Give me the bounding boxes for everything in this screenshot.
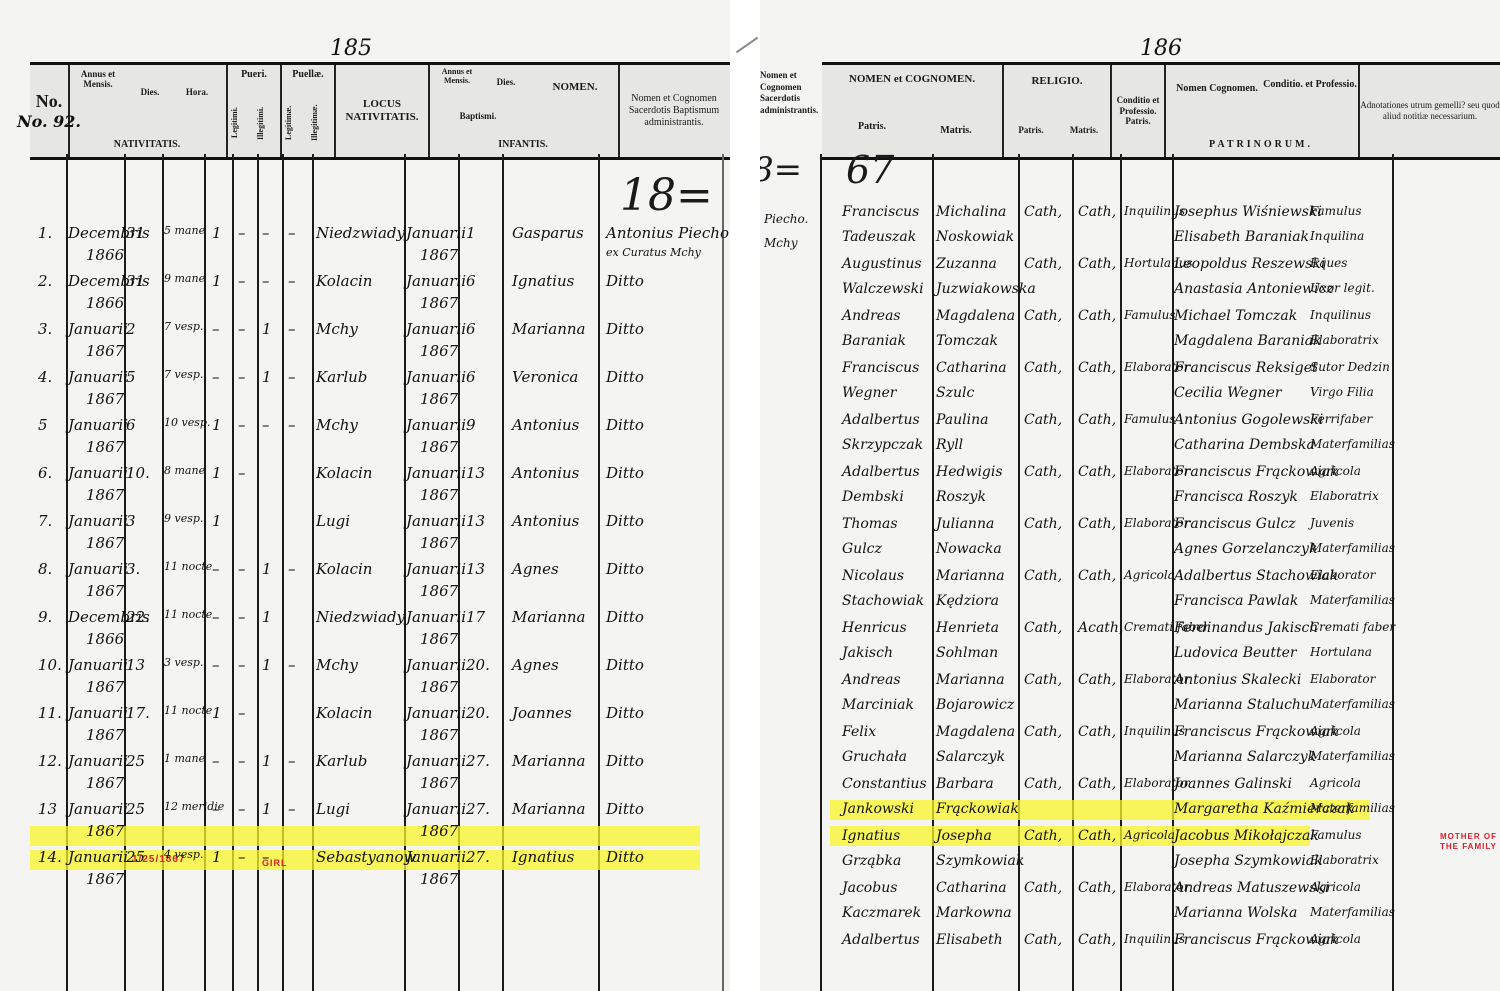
register-row: 11.Januarii17.11 nocte1–KolacinJanuarii2… <box>0 702 730 746</box>
cell-priest: Ditto <box>606 320 644 338</box>
cell-bday: 6 <box>466 272 476 290</box>
year-marker-left: 8= <box>760 150 802 190</box>
cell-gi: – <box>288 272 296 290</box>
cell-god2-cond: Materfamilias <box>1310 749 1395 763</box>
cell-god2-cond: Elaboratrix <box>1310 333 1379 347</box>
cell-month: Januarii <box>68 848 128 866</box>
cell-bday: 27. <box>466 752 490 770</box>
cell-day: 25 <box>126 848 145 866</box>
cell-pl: – <box>212 608 220 626</box>
cell-pl: – <box>212 368 220 386</box>
cell-god2: Magdalena Baraniak <box>1174 333 1322 349</box>
parents-row: FranciscusMichalinaCath,Cath,InquilinusJ… <box>760 204 1500 254</box>
cell-locus: Kolacin <box>316 704 372 722</box>
cell-rel-f: Cath, <box>1024 672 1062 688</box>
cell-bmonth: Januarii <box>406 848 466 866</box>
cell-mother-surname: Juzwiakowska <box>936 281 1036 297</box>
cell-priest: Antonius Piecho <box>606 224 729 242</box>
year-marker: 18= <box>620 170 713 221</box>
left-header-row: No. No. 92. NATIVITATIS. Annus et Mensis… <box>30 62 730 160</box>
cell-bmonth: Januarii <box>406 752 466 770</box>
cell-bmonth: Januarii <box>406 656 466 674</box>
cell-father: Adalbertus <box>842 412 920 428</box>
cell-hour: 9 vesp. <box>164 512 203 525</box>
cell-god1-cond: Agricola <box>1310 464 1361 478</box>
cell-no: 11. <box>38 704 62 722</box>
cell-pi: – <box>238 656 246 674</box>
cell-day: 10. <box>126 464 150 482</box>
cell-locus: Lugi <box>316 512 350 530</box>
cell-mother-surname: Szymkowiak <box>936 853 1024 869</box>
cell-bmonth: Januarii <box>406 464 466 482</box>
page-number: 185 <box>330 36 372 61</box>
cell-year: 1867 <box>86 582 124 600</box>
cell-pi: – <box>238 464 246 482</box>
cell-no: 2. <box>38 272 52 290</box>
register-row: 6.Januarii10.8 mane1–KolacinJanuarii13An… <box>0 462 730 506</box>
cell-priest: Ditto <box>606 368 644 386</box>
header-puellae-illegitimae: Illegitimæ. <box>310 93 334 153</box>
cell-god2-cond: Inquilina <box>1310 229 1364 243</box>
cell-gl: 1 <box>262 560 272 578</box>
parents-row: ThomasJuliannaCath,Cath,ElaboratorFranci… <box>760 516 1500 566</box>
cell-father-surname: Jankowski <box>842 801 914 817</box>
parents-row: NicolausMariannaCath,Cath,AgricolaAdalbe… <box>760 568 1500 618</box>
cell-father-surname: Kaczmarek <box>842 905 921 921</box>
cell-rel-f: Cath, <box>1024 516 1062 532</box>
cell-mother: Zuzanna <box>936 256 997 272</box>
cell-name: Marianna <box>512 320 585 338</box>
cell-gl: – <box>262 416 270 434</box>
cell-mother: Magdalena <box>936 724 1015 740</box>
cell-month: Januarii <box>68 656 128 674</box>
cell-father: Adalbertus <box>842 932 920 948</box>
cell-bday: 9 <box>466 416 476 434</box>
cell-bmonth: Januarii <box>406 560 466 578</box>
cell-priest: Ditto <box>606 608 644 626</box>
cell-god1: Andreas Matuszewski <box>1174 880 1329 896</box>
cell-day: 3 <box>126 512 136 530</box>
cell-bmonth: Januarii <box>406 416 466 434</box>
left-register-page: 185 No. No. 92. NATIVITATIS. Annus et Me… <box>0 0 730 991</box>
cell-day: 25 <box>126 752 145 770</box>
cell-byear: 1867 <box>420 678 458 696</box>
cell-priest: Ditto <box>606 704 644 722</box>
cell-byear: 1867 <box>420 390 458 408</box>
cell-no: 7. <box>38 512 52 530</box>
cell-god1-cond: Elaborator <box>1310 568 1375 582</box>
cell-mother: Marianna <box>936 568 1005 584</box>
cell-byear: 1867 <box>420 870 458 888</box>
cell-god1-cond: Agricola <box>1310 932 1361 946</box>
cell-year: 1867 <box>86 486 124 504</box>
cell-name: Ignatius <box>512 848 574 866</box>
cell-name: Marianna <box>512 608 585 626</box>
cell-locus: Kolacin <box>316 272 372 290</box>
right-register-page: 186 Nomen et Cognomen Sacerdotis adminis… <box>760 0 1500 991</box>
cell-rel-f: Cath, <box>1024 828 1062 844</box>
cell-mother-surname: Kędziora <box>936 593 999 609</box>
cell-gl: – <box>262 848 270 866</box>
cell-god2: Marianna Salarczyk <box>1174 749 1316 765</box>
cell-year: 1867 <box>86 726 124 744</box>
cell-god2: Cecilia Wegner <box>1174 385 1282 401</box>
cell-father-surname: Stachowiak <box>842 593 924 609</box>
cell-pi: – <box>238 848 246 866</box>
cell-mother-surname: Markowna <box>936 905 1012 921</box>
cell-father-surname: Baraniak <box>842 333 906 349</box>
cell-pi: – <box>238 608 246 626</box>
cell-god2: Ludovica Beutter <box>1174 645 1297 661</box>
cell-rel-f: Cath, <box>1024 568 1062 584</box>
cell-gi: – <box>288 224 296 242</box>
cell-byear: 1867 <box>420 246 458 264</box>
cell-priest: Ditto <box>606 464 644 482</box>
cell-pl: 1 <box>212 464 222 482</box>
cell-pl: – <box>212 320 220 338</box>
cell-mother: Josepha <box>936 828 992 844</box>
cell-day: 3. <box>126 560 140 578</box>
cell-gl: 1 <box>262 608 272 626</box>
year-marker: 67 <box>846 148 894 192</box>
cell-gi: – <box>288 800 296 818</box>
cell-byear: 1867 <box>420 726 458 744</box>
cell-god1-cond: Cremati faber <box>1310 620 1395 634</box>
cell-god2: Francisca Pawlak <box>1174 593 1298 609</box>
cell-rel-m: Cath, <box>1078 776 1116 792</box>
cell-pl: 1 <box>212 848 222 866</box>
cell-mother: Julianna <box>936 516 994 532</box>
cell-no: 10. <box>38 656 62 674</box>
cell-god2: Catharina Dembska <box>1174 437 1315 453</box>
header-locus-nativitatis: LOCUS NATIVITATIS. <box>336 65 430 157</box>
cell-father: Franciscus <box>842 204 919 220</box>
cell-god2-cond: Materfamilias <box>1310 697 1395 711</box>
cell-rel-m: Cath, <box>1078 412 1116 428</box>
cell-gl: 1 <box>262 752 272 770</box>
cell-no: 9. <box>38 608 52 626</box>
cell-god2-cond: Materfamilias <box>1310 593 1395 607</box>
cell-rel-m: Cath, <box>1078 828 1116 844</box>
cell-hour: 11 nocte <box>164 560 212 573</box>
cell-priest: Ditto <box>606 560 644 578</box>
cell-hour: 1 mane <box>164 752 205 765</box>
cell-rel-m: Cath, <box>1078 464 1116 480</box>
cell-byear: 1867 <box>420 486 458 504</box>
cell-mother: Catharina <box>936 360 1007 376</box>
spill-header-sacerdotis: Nomen et Cognomen Sacerdotis administran… <box>760 70 816 117</box>
cell-god1: Franciscus Gulcz <box>1174 516 1296 532</box>
cell-year: 1867 <box>86 438 124 456</box>
cell-day: 25 <box>126 800 145 818</box>
cell-month: Januarii <box>68 512 128 530</box>
cell-father: Nicolaus <box>842 568 904 584</box>
cell-rel-m: Cath, <box>1078 360 1116 376</box>
cell-locus: Lugi <box>316 800 350 818</box>
cell-rel-f: Cath, <box>1024 204 1062 220</box>
cell-pl: 1 <box>212 272 222 290</box>
cell-name: Joannes <box>512 704 572 722</box>
cell-father-surname: Skrzypczak <box>842 437 923 453</box>
cell-rel-m: Cath, <box>1078 204 1116 220</box>
cell-pi: – <box>238 752 246 770</box>
header-no: No. No. 92. <box>30 65 70 157</box>
parents-row: AdalbertusPaulinaCath,Cath,FamulusAntoni… <box>760 412 1500 462</box>
cell-locus: Karlub <box>316 752 367 770</box>
cell-gi: – <box>288 656 296 674</box>
cell-god1-cond: Agricola <box>1310 776 1361 790</box>
cell-mother-surname: Salarczyk <box>936 749 1005 765</box>
header-religio-patris: Patris. <box>1006 125 1056 135</box>
cell-bday: 6 <box>466 368 476 386</box>
cell-pi: – <box>238 272 246 290</box>
cell-day: 17. <box>126 704 150 722</box>
cell-rel-f: Cath, <box>1024 724 1062 740</box>
cell-hour: 10 vesp. <box>164 416 210 429</box>
register-row: 9.Decembris22.11 nocte––1NiedzwiadyJanua… <box>0 606 730 650</box>
cell-hour: 7 vesp. <box>164 368 203 381</box>
cell-pi: – <box>238 704 246 722</box>
cell-no: 4. <box>38 368 52 386</box>
cell-god2-cond: Hortulana <box>1310 645 1372 659</box>
cell-locus: Mchy <box>316 320 358 338</box>
cell-god1: Josephus Wiśniewski <box>1174 204 1322 220</box>
cell-god1-cond: Agricola <box>1310 724 1361 738</box>
cell-father: Thomas <box>842 516 898 532</box>
cell-pl: 1 <box>212 512 222 530</box>
cell-gi: – <box>288 560 296 578</box>
register-row: 14.Januarii254 vesp.1––SebastyanowJanuar… <box>0 846 730 890</box>
cell-god2-cond: Elaboratrix <box>1310 489 1379 503</box>
cell-god1-cond: Agricola <box>1310 880 1361 894</box>
cell-god2-cond: Materfamilias <box>1310 905 1395 919</box>
cell-priest: Ditto <box>606 656 644 674</box>
cell-god1-cond: Ferrifaber <box>1310 412 1372 426</box>
cell-locus: Karlub <box>316 368 367 386</box>
cell-name: Marianna <box>512 800 585 818</box>
cell-mother-surname: Tomczak <box>936 333 998 349</box>
cell-bday: 17 <box>466 608 485 626</box>
cell-priest: Ditto <box>606 752 644 770</box>
cell-gi: – <box>288 368 296 386</box>
header-annus-mensis: Annus et Mensis. <box>70 69 126 89</box>
cell-gl: – <box>262 272 270 290</box>
cell-day: 6 <box>126 416 136 434</box>
cell-name: Marianna <box>512 752 585 770</box>
parents-row: HenricusHenrietaCath,Acath,Cremati faber… <box>760 620 1500 670</box>
cell-year: 1867 <box>86 870 124 888</box>
cell-father-surname: Walczewski <box>842 281 924 297</box>
cell-month: Januarii <box>68 560 128 578</box>
register-row: 2.Decembris319 mane1–––KolacinJanuarii6I… <box>0 270 730 314</box>
cell-bday: 20. <box>466 656 490 674</box>
cell-mother-surname: Nowacka <box>936 541 1002 557</box>
header-sacerdos: Nomen et Cognomen Sacerdotis Baptismum a… <box>620 65 728 157</box>
cell-cond: Famulus <box>1124 412 1176 426</box>
cell-hour: 9 mane <box>164 272 205 285</box>
cell-year: 1867 <box>86 534 124 552</box>
cell-god2-cond: Elaboratrix <box>1310 853 1379 867</box>
cell-bmonth: Januarii <box>406 320 466 338</box>
cell-father-surname: Marciniak <box>842 697 914 713</box>
cell-bday: 13 <box>466 512 485 530</box>
cell-mother: Hedwigis <box>936 464 1003 480</box>
cell-god2: Francisca Roszyk <box>1174 489 1298 505</box>
cell-hour: 11 nocte <box>164 608 212 621</box>
header-adnotationes: Adnotationes utrum gemelli? seu quod ali… <box>1360 65 1500 157</box>
cell-pl: – <box>212 656 220 674</box>
header-religio: RELIGIO. <box>1004 65 1112 157</box>
cell-day: 13 <box>126 656 145 674</box>
cell-gi: – <box>288 320 296 338</box>
cell-mother: Henrieta <box>936 620 999 636</box>
cell-rel-m: Cath, <box>1078 724 1116 740</box>
cell-god2-cond: Materfamilias <box>1310 541 1395 555</box>
cell-name: Antonius <box>512 416 579 434</box>
cell-god2-cond: Materfamilias <box>1310 437 1395 451</box>
cell-pl: – <box>212 752 220 770</box>
cell-father: Andreas <box>842 308 901 324</box>
cell-mother: Elisabeth <box>936 932 1003 948</box>
cell-pi: – <box>238 224 246 242</box>
cell-locus: Sebastyanow <box>316 848 416 866</box>
cell-god2-cond: Virgo Filia <box>1310 385 1374 399</box>
cell-cond: Famulus <box>1124 308 1176 322</box>
cell-byear: 1867 <box>420 630 458 648</box>
cell-no: 6. <box>38 464 52 482</box>
cell-rel-m: Cath, <box>1078 516 1116 532</box>
cell-god1: Michael Tomczak <box>1174 308 1297 324</box>
header-puellae-legitimae: Legitimæ. <box>284 93 308 153</box>
cell-hour: 5 mane <box>164 224 205 237</box>
cell-pl: 1 <box>212 224 222 242</box>
cell-byear: 1867 <box>420 822 458 840</box>
cell-mother-surname: Szulc <box>936 385 974 401</box>
cell-pi: – <box>238 560 246 578</box>
cell-rel-m: Acath, <box>1078 620 1123 636</box>
cell-rel-f: Cath, <box>1024 932 1062 948</box>
cell-father: Felix <box>842 724 876 740</box>
parents-row: JacobusCatharinaCath,Cath,ElaboratorAndr… <box>760 880 1500 930</box>
header-conditio-patrinorum: Conditio. et Professio. <box>1262 79 1358 90</box>
cell-day: 22. <box>126 608 150 626</box>
cell-byear: 1867 <box>420 342 458 360</box>
cell-year: 1867 <box>86 822 124 840</box>
cell-byear: 1867 <box>420 534 458 552</box>
cell-bday: 27. <box>466 848 490 866</box>
register-row: 10.Januarii133 vesp.––1–MchyJanuarii20.A… <box>0 654 730 698</box>
cell-locus: Niedzwiady <box>316 608 405 626</box>
cell-rel-m: Cath, <box>1078 672 1116 688</box>
cell-name: Agnes <box>512 560 559 578</box>
cell-god2: Marianna Wolska <box>1174 905 1297 921</box>
cell-mother-surname: Roszyk <box>936 489 986 505</box>
parents-row: AndreasMariannaCath,Cath,ElaboratorAnton… <box>760 672 1500 722</box>
cell-bmonth: Januarii <box>406 224 466 242</box>
parents-row: AndreasMagdalenaCath,Cath,FamulusMichael… <box>760 308 1500 358</box>
cell-father-surname: Tadeuszak <box>842 229 916 245</box>
register-row: 8.Januarii3.11 nocte––1–KolacinJanuarii1… <box>0 558 730 602</box>
cell-father-surname: Gulcz <box>842 541 882 557</box>
cell-father-surname: Grząbka <box>842 853 901 869</box>
cell-god2: Marianna Staluchu <box>1174 697 1310 713</box>
cell-rel-f: Cath, <box>1024 776 1062 792</box>
cell-rel-f: Cath, <box>1024 620 1062 636</box>
header-baptismi: Baptismi. <box>430 111 526 121</box>
cell-day: 2 <box>126 320 136 338</box>
cell-god1-cond: Elaborator <box>1310 672 1375 686</box>
cell-god1: Antonius Skalecki <box>1174 672 1301 688</box>
cell-mother-surname: Ryll <box>936 437 963 453</box>
cell-name: Antonius <box>512 464 579 482</box>
cell-pl: 1 <box>212 704 222 722</box>
cell-bday: 1 <box>466 224 476 242</box>
register-row: 13Januarii2512 meridie––1–LugiJanuarii27… <box>0 798 730 842</box>
parents-row: FranciscusCatharinaCath,Cath,ElaboratorF… <box>760 360 1500 410</box>
header-hora: Hora. <box>172 87 222 97</box>
register-row: 1.Decembris315 mane1–––NiedzwiadyJanuari… <box>0 222 730 266</box>
cell-father-surname: Dembski <box>842 489 904 505</box>
cell-father: Constantius <box>842 776 927 792</box>
cell-month: Januarii <box>68 416 128 434</box>
cell-month: Januarii <box>68 464 128 482</box>
header-patris: Patris. <box>832 121 912 132</box>
cell-priest: Ditto <box>606 800 644 818</box>
cell-god1-cond: Juvenis <box>1310 516 1354 530</box>
cell-month: Januarii <box>68 368 128 386</box>
cell-mother-surname: Noskowiak <box>936 229 1014 245</box>
cell-byear: 1867 <box>420 438 458 456</box>
register-row: 12.Januarii251 mane––1–KarlubJanuarii27.… <box>0 750 730 794</box>
register-row: 4.Januarii57 vesp.––1–KarlubJanuarii6Ver… <box>0 366 730 410</box>
cell-mother: Paulina <box>936 412 988 428</box>
cell-month: Januarii <box>68 320 128 338</box>
cell-cond: Agricola <box>1124 828 1175 842</box>
parents-row: AugustinusZuzannaCath,Cath,HortulanusLeo… <box>760 256 1500 306</box>
cell-rel-f: Cath, <box>1024 412 1062 428</box>
cell-rel-f: Cath, <box>1024 880 1062 896</box>
cell-gl: 1 <box>262 800 272 818</box>
cell-god2-cond: Uxor legit. <box>1310 281 1375 295</box>
cell-pl: – <box>212 560 220 578</box>
cell-month: Januarii <box>68 800 128 818</box>
cell-god1: Antonius Gogolewski <box>1174 412 1323 428</box>
page-gutter <box>730 0 760 991</box>
cell-pl: – <box>212 800 220 818</box>
cell-mother-surname: Sohlman <box>936 645 998 661</box>
cell-god1: Jacobus Mikołajczak <box>1174 828 1319 844</box>
cell-year: 1867 <box>86 678 124 696</box>
cell-gi: – <box>288 752 296 770</box>
header-pueri-illegitimi: Illegitimi. <box>256 93 280 153</box>
cell-bday: 13 <box>466 560 485 578</box>
cell-hour: 8 mane <box>164 464 205 477</box>
header-nomen-patrinorum: Nomen Cognomen. <box>1172 83 1262 94</box>
cell-mother: Magdalena <box>936 308 1015 324</box>
cell-bday: 27. <box>466 800 490 818</box>
cell-god1-cond: Inquilinus <box>1310 308 1371 322</box>
cell-hour: 11 nocte <box>164 704 212 717</box>
cell-no: 1. <box>38 224 52 242</box>
cell-cond: Agricola <box>1124 568 1175 582</box>
cell-name: Antonius <box>512 512 579 530</box>
cell-no: 14. <box>38 848 62 866</box>
cell-no: 12. <box>38 752 62 770</box>
cell-pi: – <box>238 800 246 818</box>
cell-rel-f: Cath, <box>1024 256 1062 272</box>
cell-day: 31 <box>126 224 145 242</box>
cell-bmonth: Januarii <box>406 608 466 626</box>
